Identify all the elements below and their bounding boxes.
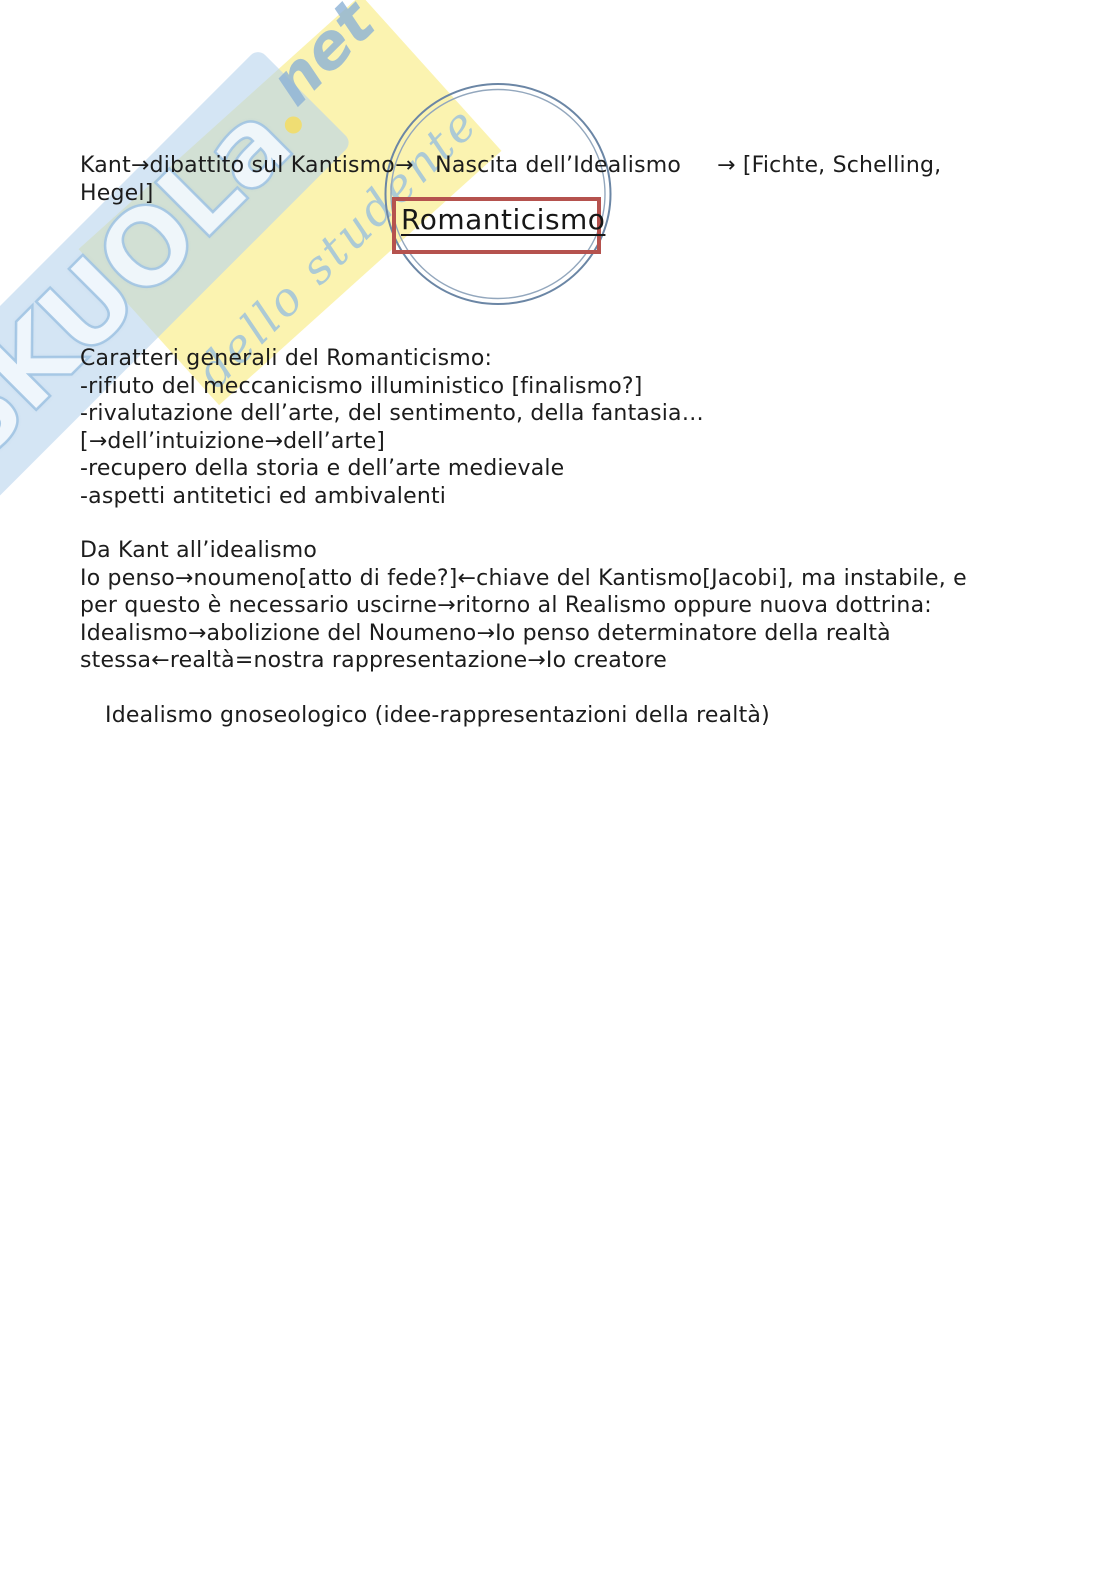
watermark-dot-icon <box>282 113 306 137</box>
paragraph-kant-idealismo: Kant→dibattito sul Kantismo→ Nascita del… <box>80 152 941 207</box>
paragraph-caratteri-generali: Caratteri generali del Romanticismo: -ri… <box>80 345 704 510</box>
document-page: SKUOLa net dello studente Romanticismo K… <box>0 0 1116 1579</box>
romanticismo-heading: Romanticismo <box>401 203 605 237</box>
paragraph-da-kant-all-idealismo: Da Kant all’idealismo Io penso→noumeno[a… <box>80 537 967 675</box>
watermark-suffix-text: net <box>260 0 386 116</box>
paragraph-idealismo-gnoseologico: Idealismo gnoseologico (idee-rappresenta… <box>105 702 770 730</box>
